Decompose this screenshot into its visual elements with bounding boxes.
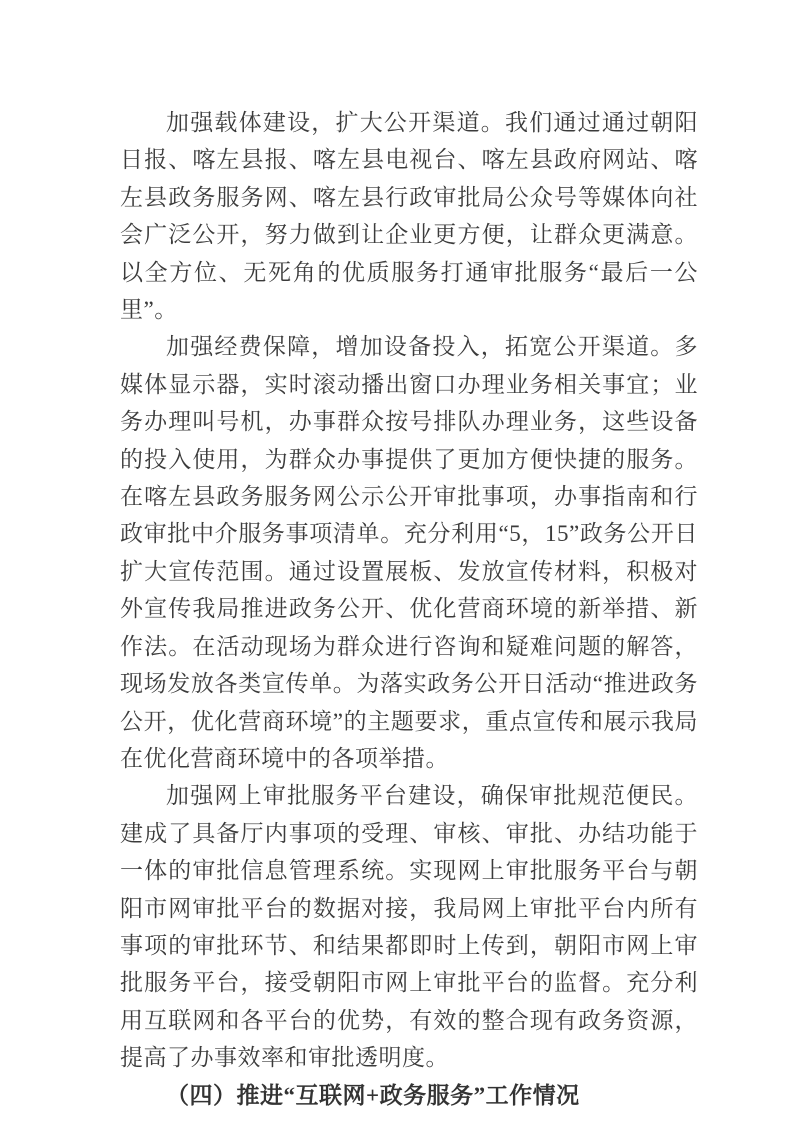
document-body: 加强载体建设，扩大公开渠道。我们通过通过朝阳日报、喀左县报、喀左县电视台、喀左县… [120,104,698,1114]
paragraph-online-approval-platform: 加强网上审批服务平台建设，确保审批规范便民。建成了具备厅内事项的受理、审核、审批… [120,777,698,1076]
scanned-document-page: 加强载体建设，扩大公开渠道。我们通过通过朝阳日报、喀左县报、喀左县电视台、喀左县… [0,0,800,1130]
paragraph-carrier-building: 加强载体建设，扩大公开渠道。我们通过通过朝阳日报、喀左县报、喀左县电视台、喀左县… [120,104,698,328]
paragraph-funding-equipment: 加强经费保障，增加设备投入，拓宽公开渠道。多媒体显示器，实时滚动播出窗口办理业务… [120,328,698,777]
section-heading-internet-plus-government-services: （四）推进“互联网+政务服务”工作情况 [120,1077,698,1114]
